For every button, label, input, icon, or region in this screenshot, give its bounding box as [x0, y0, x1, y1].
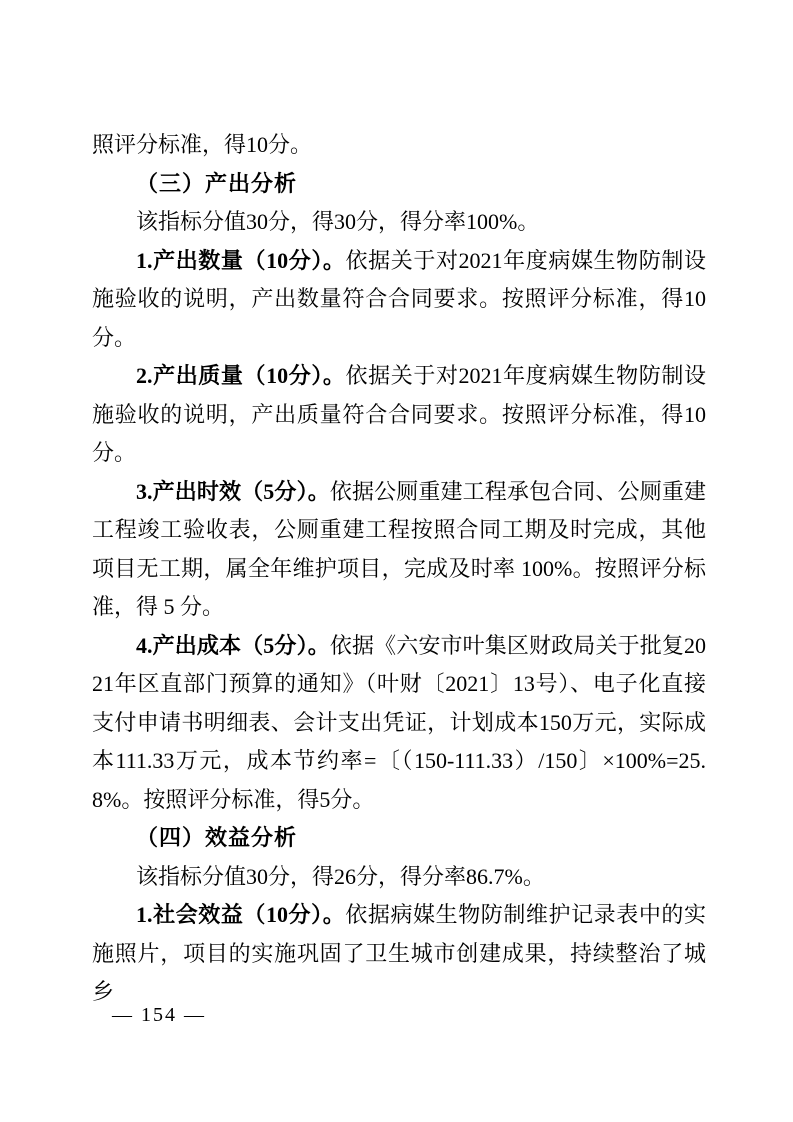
- document-content: 照评分标准，得10分。 （三）产出分析 该指标分值30分，得30分，得分率100…: [92, 126, 706, 1012]
- page-number: — 154 —: [112, 1002, 206, 1028]
- paragraph-output-score-summary: 该指标分值30分，得30分，得分率100%。: [92, 203, 706, 242]
- item-output-quality-lead: 2.产出质量（10分）。: [136, 363, 346, 388]
- item-output-timeliness-lead: 3.产出时效（5分）。: [136, 479, 330, 504]
- item-social-benefit-lead: 1.社会效益（10分）。: [136, 902, 345, 927]
- heading-benefit-analysis: （四）效益分析: [92, 819, 706, 858]
- item-output-cost: 4.产出成本（5分）。依据《六安市叶集区财政局关于批复2021年区直部门预算的通…: [92, 627, 706, 820]
- item-output-quantity-lead: 1.产出数量（10分）。: [136, 248, 346, 273]
- heading-output-analysis: （三）产出分析: [92, 165, 706, 204]
- document-page: 照评分标准，得10分。 （三）产出分析 该指标分值30分，得30分，得分率100…: [0, 0, 793, 1122]
- item-social-benefit: 1.社会效益（10分）。依据病媒生物防制维护记录表中的实施照片，项目的实施巩固了…: [92, 896, 706, 1012]
- item-output-quantity: 1.产出数量（10分）。依据关于对2021年度病媒生物防制设施验收的说明，产出数…: [92, 242, 706, 358]
- item-output-timeliness: 3.产出时效（5分）。依据公厕重建工程承包合同、公厕重建工程竣工验收表，公厕重建…: [92, 473, 706, 627]
- paragraph-benefit-score-summary: 该指标分值30分，得26分，得分率86.7%。: [92, 858, 706, 897]
- item-output-cost-lead: 4.产出成本（5分）。: [136, 633, 330, 658]
- item-output-cost-text: 依据《六安市叶集区财政局关于批复2021年区直部门预算的通知》（叶财〔2021〕…: [92, 633, 706, 812]
- paragraph-continuation: 照评分标准，得10分。: [92, 126, 706, 165]
- item-output-quality: 2.产出质量（10分）。依据关于对2021年度病媒生物防制设施验收的说明，产出质…: [92, 357, 706, 473]
